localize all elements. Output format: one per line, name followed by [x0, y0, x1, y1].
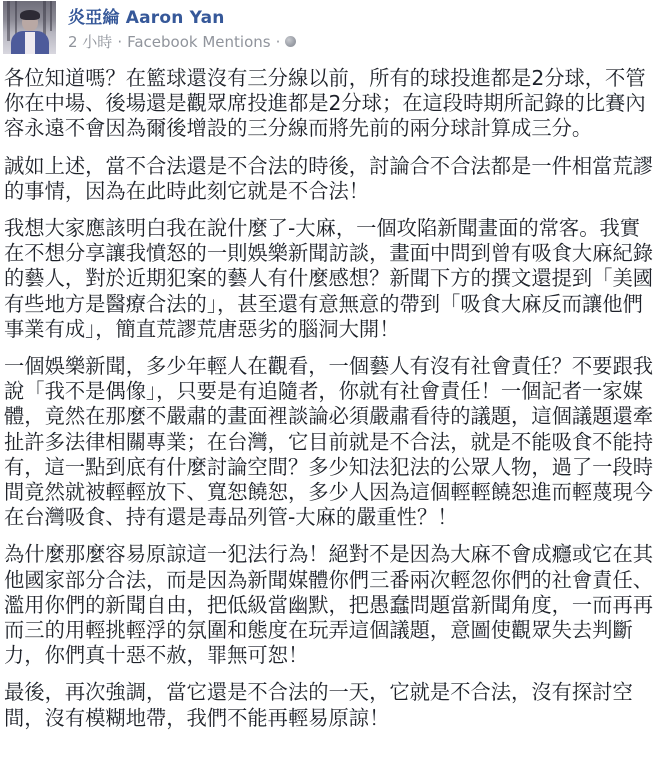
author-avatar[interactable]: [3, 1, 56, 54]
avatar-shirt: [25, 32, 35, 54]
post-paragraph: 誠如上述，當不合法還是不合法的時後，討論合不合法都是一件相當荒謬的事情，因為在此…: [4, 154, 654, 204]
post-header: 炎亞綸 Aaron Yan 2 小時 · Facebook Mentions ·: [0, 0, 656, 58]
post-meta: 2 小時 · Facebook Mentions ·: [68, 31, 296, 52]
meta-separator: ·: [276, 33, 281, 51]
post-paragraph: 為什麼那麼容易原諒這一犯法行為！絕對不是因為大麻不會成癮或它在其他國家部分合法，…: [4, 542, 654, 668]
post-paragraph: 各位知道嗎？在籃球還沒有三分線以前，所有的球投進都是2分球，不管你在中場、後場還…: [4, 66, 654, 142]
globe-icon[interactable]: [285, 36, 296, 47]
avatar-hair: [20, 10, 40, 20]
post-source[interactable]: Facebook Mentions: [127, 33, 270, 51]
post-paragraph: 一個娛樂新聞，多少年輕人在觀看，一個藝人有沒有社會責任？不要跟我說「我不是偶像」…: [4, 354, 654, 530]
post-paragraph: 我想大家應該明白我在說什麼了-大麻，一個攻陷新聞畫面的常客。我實在不想分享讓我憤…: [4, 216, 654, 342]
post-body: 各位知道嗎？在籃球還沒有三分線以前，所有的球投進都是2分球，不管你在中場、後場還…: [4, 66, 654, 743]
post-timestamp[interactable]: 2 小時: [68, 31, 112, 52]
meta-separator: ·: [117, 33, 122, 51]
post-paragraph: 最後，再次強調，當它還是不合法的一天，它就是不合法，沒有探討空間，沒有模糊地帶，…: [4, 680, 654, 730]
author-name-link[interactable]: 炎亞綸 Aaron Yan: [68, 3, 225, 28]
